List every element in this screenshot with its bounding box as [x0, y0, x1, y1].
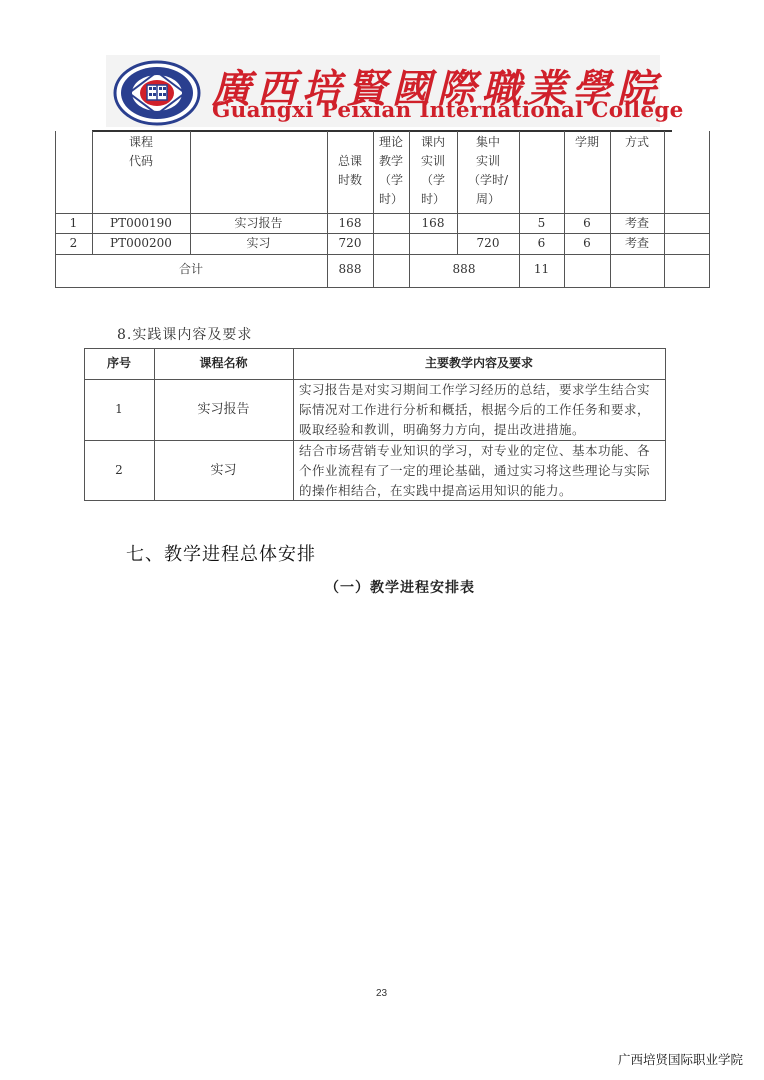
row1-credits: 5 [519, 214, 564, 233]
row1-no: 1 [84, 400, 154, 419]
row2-method: 考查 [610, 234, 664, 253]
row2-concentrated: 720 [457, 234, 519, 253]
row1-code: PT000190 [92, 214, 190, 233]
row2-content: 结合市场营销专业知识的学习，对专业的定位、基本功能、各 个作业流程有了一定的理论… [293, 440, 665, 502]
header-course-code: 课程 代码 [92, 133, 190, 171]
row1-course-name: 实习报告 [154, 400, 293, 419]
page-number: 23 [376, 988, 387, 999]
header-method: 方式 [610, 133, 664, 152]
section-8-title: 8.实践课内容及要求 [117, 324, 252, 344]
footer-college-name: 广西培贤国际职业学院 [618, 1050, 743, 1068]
row1-total: 168 [327, 214, 373, 233]
header-content: 主要教学内容及要求 [293, 354, 665, 373]
row1-method: 考查 [610, 214, 664, 233]
row1-semester: 6 [564, 214, 610, 233]
row1-name: 实习报告 [190, 214, 327, 233]
header-course-name: 课程名称 [154, 354, 293, 373]
row2-name: 实习 [190, 234, 327, 253]
header-no: 序号 [84, 354, 154, 373]
header-concentrated-practice: 集中 实训 （学时/ 周） [457, 133, 519, 209]
row2-no: 2 [84, 461, 154, 480]
row2-code: PT000200 [92, 234, 190, 253]
row1-no: 1 [55, 214, 92, 233]
header-semester: 学期 [564, 133, 610, 152]
header-in-class-practice: 课内 实训 （学 时） [409, 133, 457, 209]
total-credits: 11 [519, 260, 564, 279]
section-7-subheading: （一）教学进程安排表 [325, 577, 475, 597]
row2-total: 720 [327, 234, 373, 253]
row1-in-class: 168 [409, 214, 457, 233]
header-total-hours: 总课 时数 [327, 152, 373, 190]
row1-content: 实习报告是对实习期间工作学习经历的总结，要求学生结合实 际情况对工作进行分析和概… [293, 379, 665, 441]
row2-credits: 6 [519, 234, 564, 253]
total-label: 合计 [55, 260, 327, 279]
row2-course-name: 实习 [154, 461, 293, 480]
row2-no: 2 [55, 234, 92, 253]
college-name-en: Guangxi Peixian International College [212, 98, 684, 123]
college-logo-icon [113, 60, 201, 126]
row2-semester: 6 [564, 234, 610, 253]
header-theory: 理论 教学 （学 时） [373, 133, 409, 209]
section-7-heading: 七、教学进程总体安排 [126, 540, 316, 566]
header-rule [92, 130, 672, 132]
total-practice: 888 [409, 260, 519, 279]
total-hours: 888 [327, 260, 373, 279]
